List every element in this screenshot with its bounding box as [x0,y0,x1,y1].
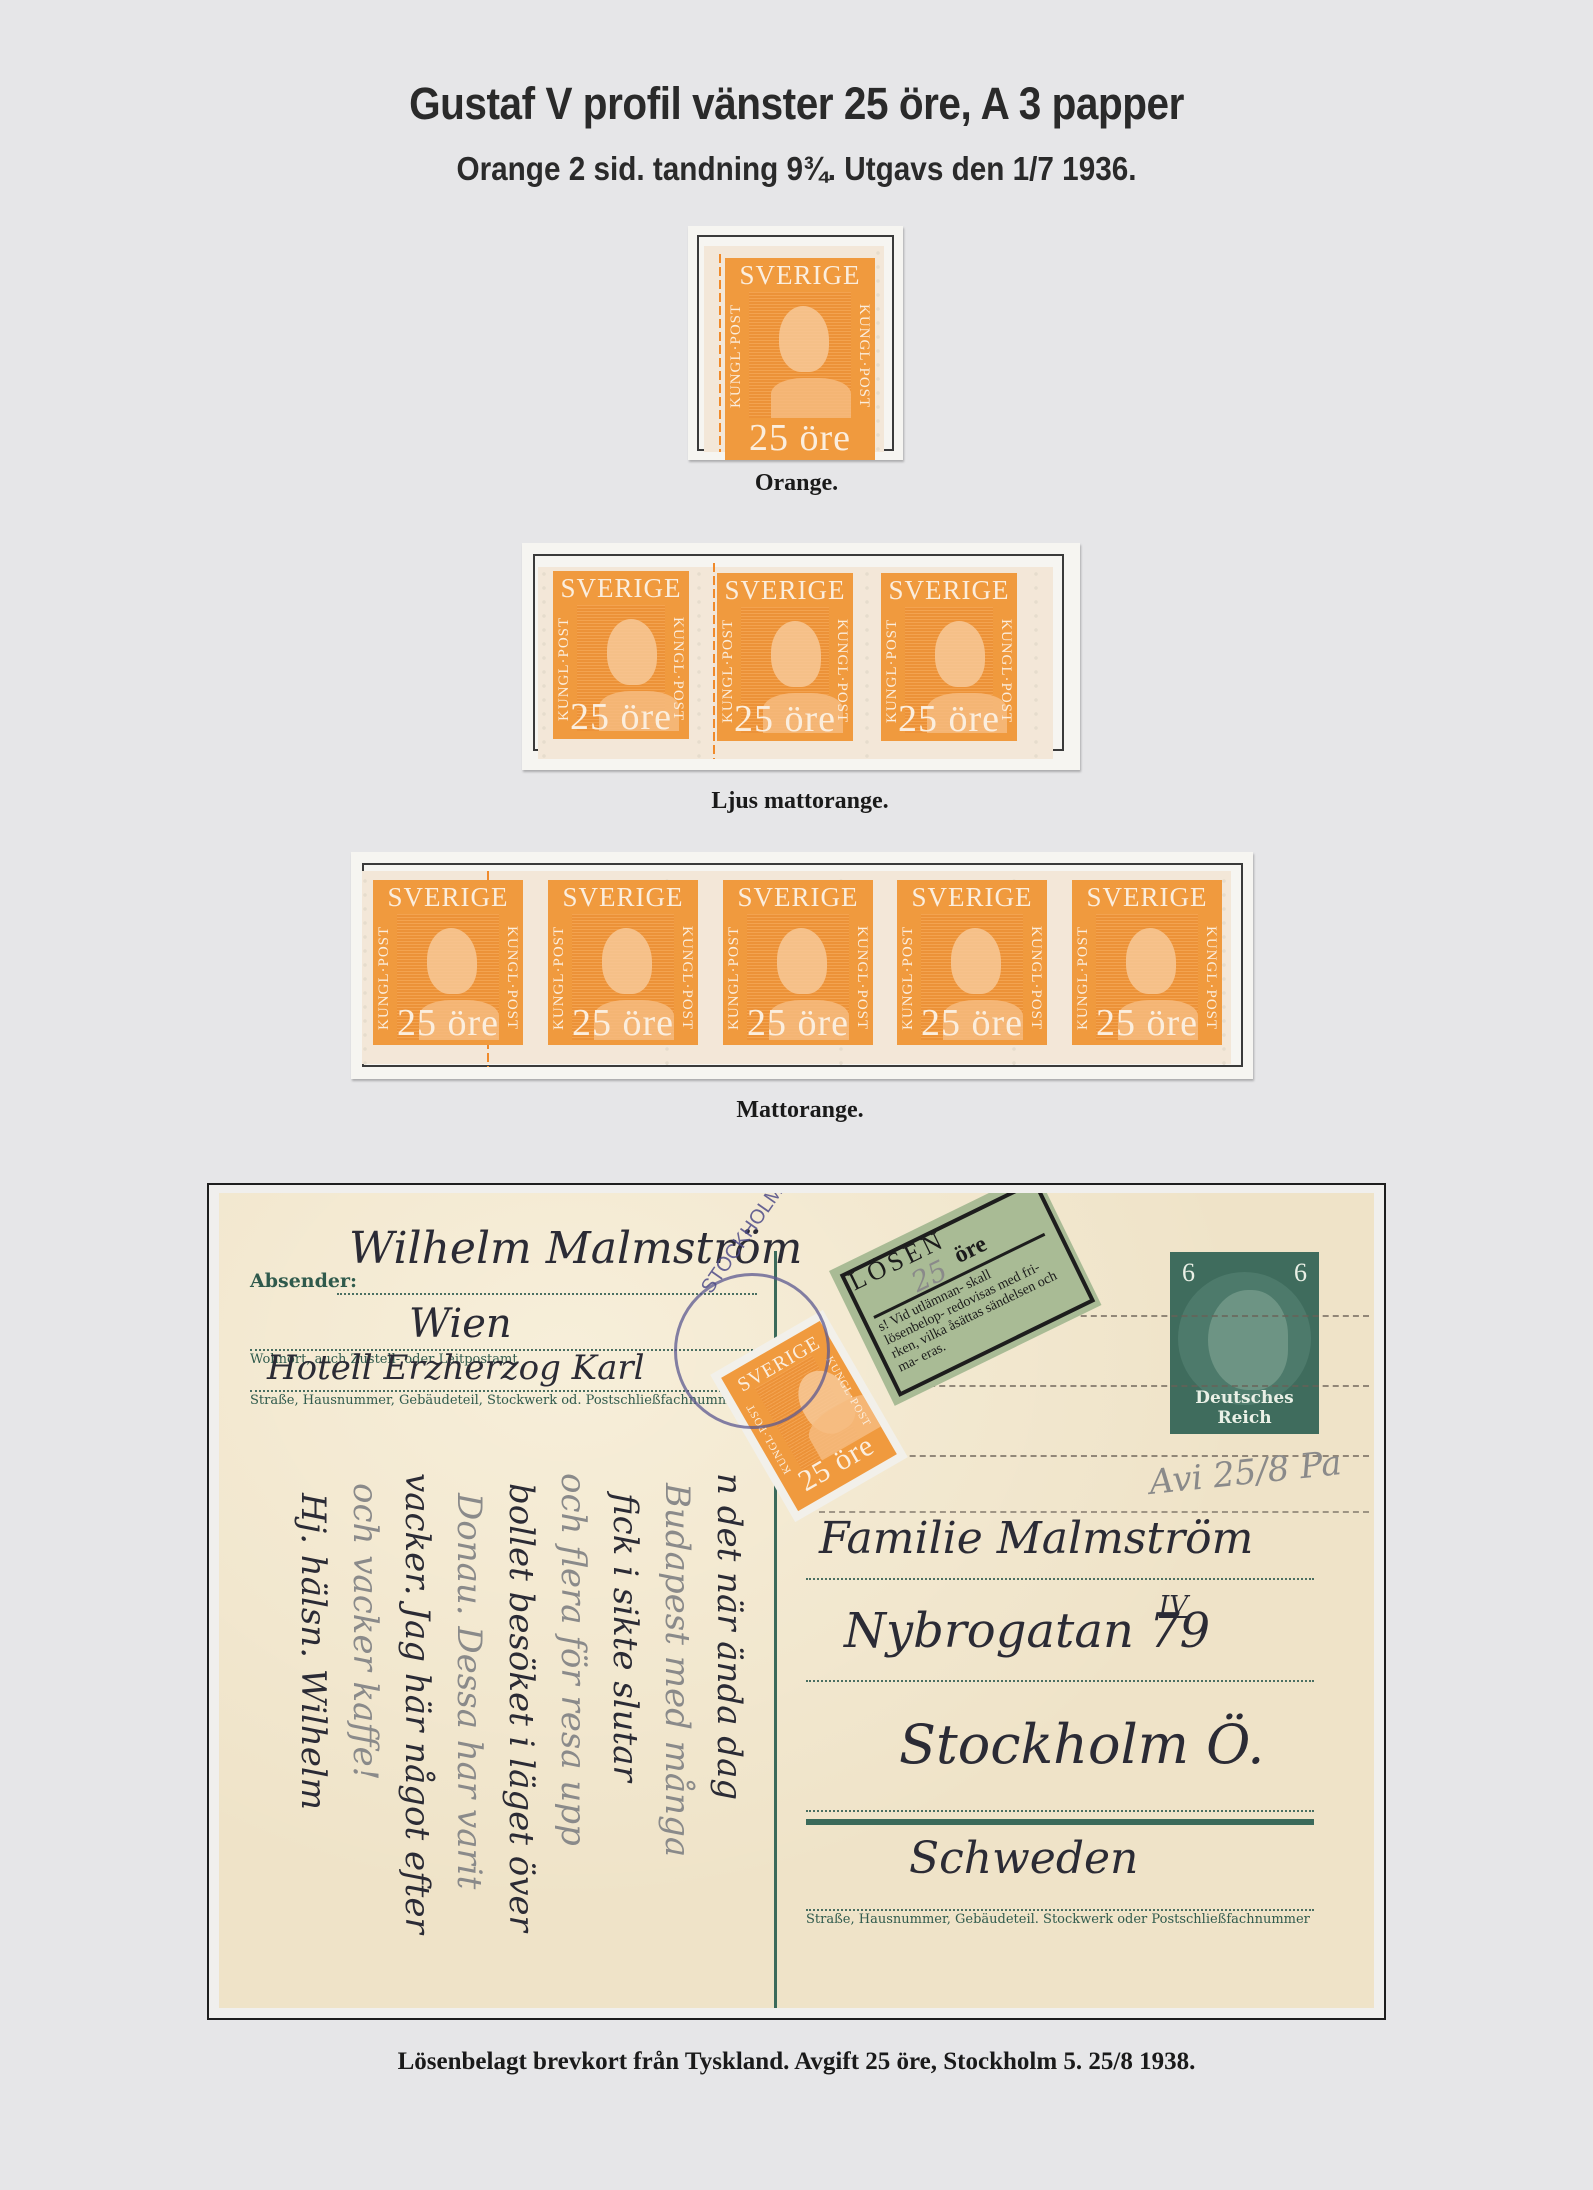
perforation [1033,567,1039,758]
dotted-line [806,1680,1314,1682]
indicium-6pf: 6 6 Deutsches Reich [1170,1252,1319,1434]
king-portrait [749,292,851,418]
coil-line [713,563,715,759]
stamp-value: 25 öre [553,697,689,737]
single-stamp-mount: SVERIGEKUNGL·POSTKUNGL·POST25 öre [688,226,903,460]
sender-street: Hotell Erzherzog Karl [267,1348,644,1388]
recipient-line-4: Schweden [909,1833,1138,1884]
indicium-label: Deutsches Reich [1170,1388,1319,1428]
stamp-mattorange: SVERIGEKUNGL·POSTKUNGL·POST25 öre [897,880,1047,1045]
dotted-line [806,1578,1314,1580]
country-underline [806,1819,1314,1825]
message-line: och vacker kaffe! [345,1483,385,1780]
stamp-mattorange: SVERIGEKUNGL·POSTKUNGL·POST25 öre [548,880,698,1045]
pencil-note: Avi 25/8 Pa [1147,1443,1343,1503]
indicium-value-right: 6 [1294,1258,1307,1288]
postmark-stockholm [674,1273,830,1429]
stamp-country: SVERIGE [897,882,1047,912]
stamp-value: 25 öre [897,1003,1047,1043]
stamp-ljus-mattorange: SVERIGEKUNGL·POSTKUNGL·POST25 öre [717,573,853,741]
page-title: Gustaf V profil vänster 25 öre, A 3 papp… [80,78,1514,130]
stamp-country: SVERIGE [373,882,523,912]
message-line: vacker. Jag här något efter [397,1473,437,1934]
message-line: fick i sikte slutar [605,1493,645,1782]
stamp-country: SVERIGE [723,882,873,912]
stamp-value: 25 öre [725,418,875,458]
stamp-mattorange: SVERIGEKUNGL·POSTKUNGL·POST25 öre [1072,880,1222,1045]
message-line: Hj. hälsn. Wilhelm [293,1493,333,1810]
losen-label: LÖSEN öre 25 s! Vid utlämnan- skall löse… [829,1193,1101,1406]
message-line: Donau. Dessa har varit [449,1493,489,1889]
stamp-value: 25 öre [548,1003,698,1043]
perforation [696,567,702,758]
machine-cancel-line [909,1385,1369,1387]
caption-mattorange: Mattorange. [600,1097,1000,1124]
stamp-mattorange: SVERIGEKUNGL·POSTKUNGL·POST25 öre [723,880,873,1045]
stamp-mattorange: SVERIGEKUNGL·POSTKUNGL·POST25 öre [373,880,523,1045]
stamp-country: SVERIGE [553,573,689,603]
message-line: Budapest med många [657,1483,697,1857]
sender-city: Wien [409,1301,512,1347]
coil-line [719,254,721,452]
indicium-value-left: 6 [1182,1258,1195,1288]
recipient-line-2: Nybrogatan 79 [844,1603,1210,1659]
stamp-value: 25 öre [373,1003,523,1043]
stamp-side-text: KUNGL·POST [725,294,747,418]
page-subtitle: Orange 2 sid. tandning 9¾. Utgavs den 1/… [80,150,1514,188]
recipient-line-3: Stockholm Ö. [899,1713,1264,1776]
dotted-line [250,1390,757,1392]
perforation [875,246,881,452]
message-block: n det när ända dagBudapest med mångafick… [249,1453,769,2008]
perforation [362,874,368,1065]
stamp-ljus-mattorange: SVERIGEKUNGL·POSTKUNGL·POST25 öre [881,573,1017,741]
caption-orange: Orange. [640,470,953,497]
dotted-line [337,1293,757,1295]
perforation [541,567,547,758]
caption-ljus-mattorange: Ljus mattorange. [600,788,1000,815]
stamp-value: 25 öre [1072,1003,1222,1043]
stamp-orange: SVERIGEKUNGL·POSTKUNGL·POST25 öre [725,258,875,460]
perforation [864,567,870,758]
stamp-value: 25 öre [717,699,853,739]
message-line: bollet besöket i läget över [501,1483,541,1932]
stamp-value: 25 öre [881,699,1017,739]
stamp-country: SVERIGE [717,575,853,605]
strasse-label-recipient: Straße, Hausnummer, Gebäudeteil. Stockwe… [806,1912,1310,1927]
recipient-floor: IV [1159,1591,1188,1621]
stamp-value: 25 öre [723,1003,873,1043]
postcard-caption: Lösenbelagt brevkort från Tyskland. Avgi… [300,2048,1293,2076]
stamp-country: SVERIGE [725,260,875,290]
message-line: n det när ända dag [709,1473,749,1800]
postcard: Absender: Wohnort, auch Zustell- oder Le… [219,1193,1374,2008]
stamp-country: SVERIGE [1072,882,1222,912]
postcard-mount: Absender: Wohnort, auch Zustell- oder Le… [207,1183,1386,2020]
stamp-country: SVERIGE [548,882,698,912]
recipient-line-1: Familie Malmström [819,1513,1253,1564]
stamp-country: SVERIGE [881,575,1017,605]
message-line: och flera för resa upp [553,1473,593,1846]
strip-5-mount: SVERIGEKUNGL·POSTKUNGL·POST25 öre SVERIG… [351,852,1253,1079]
stamp-ljus-mattorange: SVERIGEKUNGL·POSTKUNGL·POST25 öre [553,571,689,739]
dotted-line [806,1909,1314,1911]
dotted-line [806,1810,1314,1812]
stamp-side-text: KUNGL·POST [853,294,875,418]
absender-label: Absender: [250,1270,357,1292]
strip-3-mount: SVERIGEKUNGL·POSTKUNGL·POST25 öre SVERIG… [522,543,1080,770]
strasse-label: Straße, Hausnummer, Gebäudeteil, Stockwe… [250,1393,744,1408]
